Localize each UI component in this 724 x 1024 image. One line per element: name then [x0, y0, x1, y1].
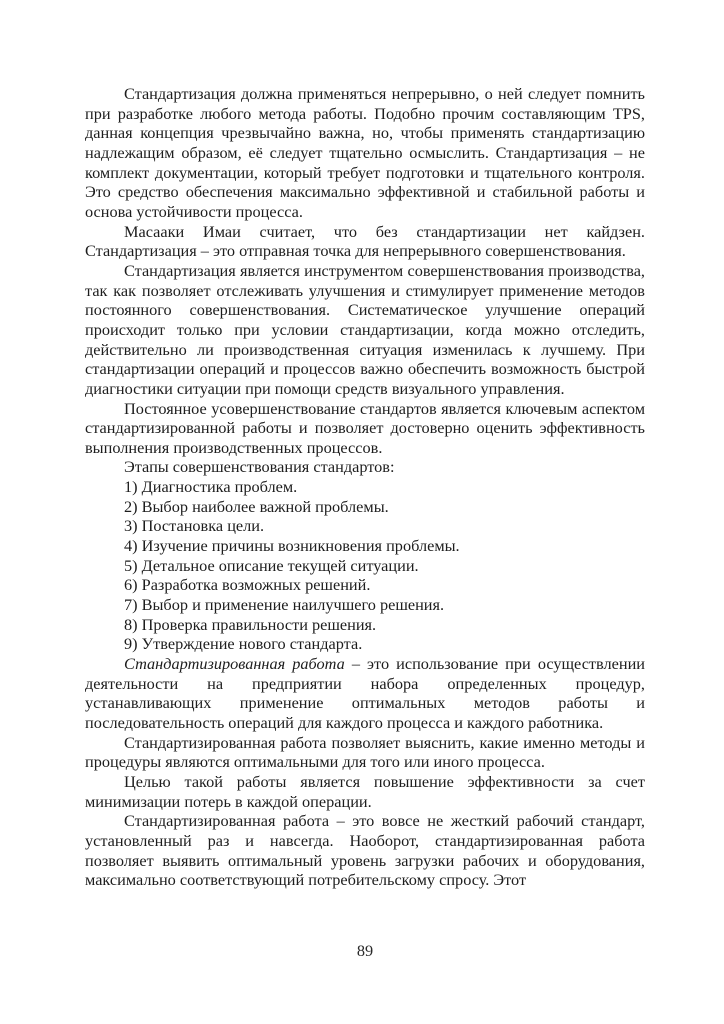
paragraph-not-rigid-standard: Стандартизированная работа – это вовсе н… [85, 811, 645, 890]
paragraph-masaaki-imai: Масааки Имаи считает, что без стандартиз… [85, 222, 645, 261]
stage-item-5: 5) Детальное описание текущей ситуации. [85, 556, 645, 576]
paragraph-improvement-tool: Стандартизация является инструментом сов… [85, 261, 645, 399]
stages-heading: Этапы совершенствования стандартов: [85, 457, 645, 477]
stage-item-8: 8) Проверка правильности решения. [85, 615, 645, 635]
paragraph-work-goal: Целью такой работы является повышение эф… [85, 772, 645, 811]
body-text: Стандартизация должна применяться непрер… [85, 84, 645, 890]
page-number: 89 [85, 941, 645, 961]
stage-item-9: 9) Утверждение нового стандарта. [85, 634, 645, 654]
stage-item-6: 6) Разработка возможных решений. [85, 575, 645, 595]
paragraph-optimal-methods: Стандартизированная работа позволяет выя… [85, 733, 645, 772]
stage-item-2: 2) Выбор наиболее важной проблемы. [85, 497, 645, 517]
paragraph-constant-improvement: Постоянное усовершенствование стандартов… [85, 399, 645, 458]
stage-item-4: 4) Изучение причины возникновения пробле… [85, 536, 645, 556]
stage-item-1: 1) Диагностика проблем. [85, 477, 645, 497]
stage-item-7: 7) Выбор и применение наилучшего решения… [85, 595, 645, 615]
term-standardized-work: Стандартизированная работа [124, 654, 345, 673]
paragraph-standardized-work-definition: Стандартизированная работа – это использ… [85, 654, 645, 733]
paragraph-standardization-intro: Стандартизация должна применяться непрер… [85, 84, 645, 222]
stage-item-3: 3) Постановка цели. [85, 516, 645, 536]
document-page: Стандартизация должна применяться непрер… [0, 0, 724, 1024]
